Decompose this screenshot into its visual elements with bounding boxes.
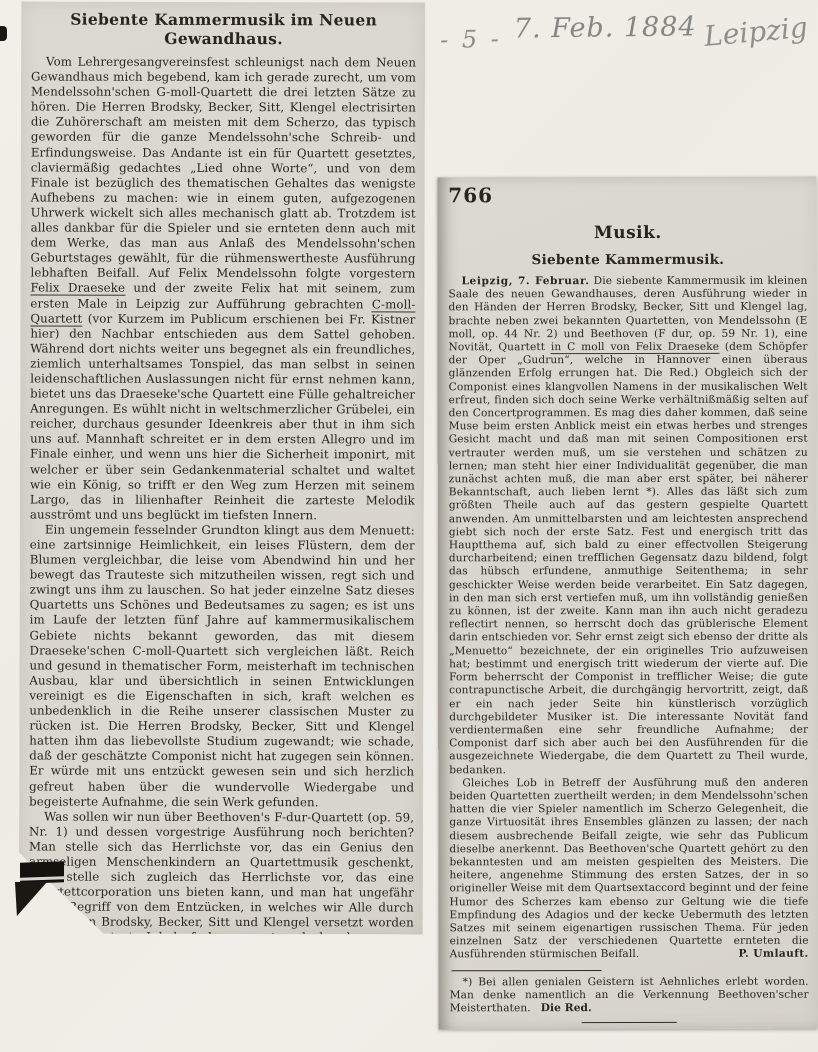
editorial-footnote: *) Bei allen genialen Geistern ist Aehnl… [450, 975, 809, 1015]
underlined-felix-draeseke: Felix Draeseke [30, 281, 125, 296]
right-section-heading: Musik. [448, 223, 807, 244]
footnote-separator-rule [452, 970, 602, 971]
ink-blot-bar [20, 861, 64, 878]
footnote-text: *) Bei allen genialen Geistern ist Aehnl… [450, 975, 809, 1014]
left-article-body: Vom Lehrergesangvereinsfest schleunigst … [29, 54, 416, 934]
printed-page-number: 766 [448, 183, 807, 208]
left-p1-text-c: (vor Kurzem im Publicum erschienen bei F… [30, 311, 416, 522]
right-paragraph-2: Gleiches Lob in Betreff der Ausführung m… [449, 776, 808, 961]
article-end-rule [582, 1022, 677, 1023]
right-article-title: Siebente Kammermusik. [448, 252, 807, 269]
ink-blot-triangle [15, 882, 47, 916]
handwritten-date: 7. Feb. 1884 [514, 11, 697, 44]
left-paragraph-1: Vom Lehrergesangvereinsfest schleunigst … [30, 54, 416, 523]
right-article-body: Leipzig, 7. Februar. Die siebente Kammer… [448, 275, 808, 1024]
scanned-page: - 5 - 7. Feb. 1884 Leipzig Siebente Kamm… [0, 0, 818, 1052]
edge-ink-mark [0, 26, 7, 41]
handwritten-page-number: - 5 - [440, 25, 502, 54]
right-p1-text-b: (dem Schöpfer der Oper „Gudrun“, welche … [449, 341, 809, 776]
handwritten-annotation: - 5 - 7. Feb. 1884 Leipzig [435, 0, 816, 68]
left-p3-text: Was sollen wir nun über Beethoven's F-du… [29, 809, 414, 934]
left-p1-text-a: Vom Lehrergesangvereinsfest schleunigst … [30, 55, 416, 281]
left-paragraph-2: Ein ungemein fesselnder Grundton klingt … [29, 522, 415, 810]
handwritten-city: Leipzig [703, 11, 809, 53]
left-paragraph-3: Was sollen wir nun über Beethoven's F-du… [29, 809, 414, 934]
left-newspaper-clipping: Siebente Kammermusik im Neuen Gewandhaus… [19, 1, 425, 934]
right-paragraph-1: Leipzig, 7. Februar. Die siebente Kammer… [448, 275, 808, 777]
right-author-signature: P. Umlauft. [725, 948, 808, 961]
left-article-title: Siebente Kammermusik im Neuen Gewandhaus… [31, 9, 416, 48]
underlined-cmoll-draeseke: in C moll von Felix Draeseke [551, 341, 719, 354]
footnote-signature: Die Red. [531, 1002, 592, 1014]
dateline: Leipzig, 7. Februar. [461, 275, 589, 287]
right-p2-text: Gleiches Lob in Betreff der Ausführung m… [449, 776, 808, 960]
right-newspaper-clipping: 766 Musik. Siebente Kammermusik. Leipzig… [437, 177, 817, 1030]
